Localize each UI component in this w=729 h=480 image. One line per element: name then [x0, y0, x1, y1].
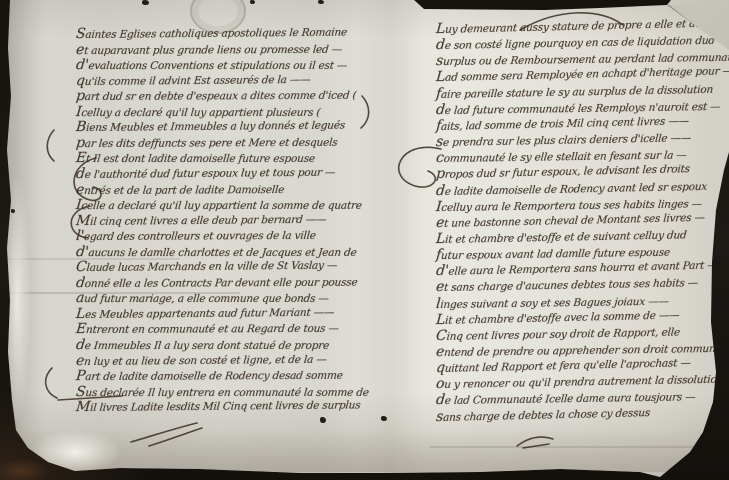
scan-background: Saintes Eglises catholiques apostoliques… [0, 0, 729, 480]
margin-swash-flourish [399, 147, 441, 187]
margin-paren-flourish [46, 368, 57, 398]
margin-swash-flourish [74, 158, 101, 200]
underline-flourish [58, 396, 122, 400]
bottom-left-smudge [0, 458, 50, 480]
margin-swash-flourish [71, 206, 89, 238]
manuscript-sheet: Saintes Eglises catholiques apostoliques… [0, 0, 729, 480]
end-flourish [149, 428, 202, 446]
margin-paren-flourish [47, 130, 54, 161]
ink-flourishes [0, 0, 729, 480]
ink-speck [320, 417, 326, 423]
header-curve-flourish [520, 13, 623, 30]
ink-speck [381, 416, 387, 421]
end-flourish [523, 444, 549, 448]
ink-speck [318, 0, 324, 4]
right-paren-flourish [361, 96, 369, 128]
ink-speck [250, 0, 255, 4]
ink-speck [11, 209, 15, 213]
ink-speck [142, 0, 149, 5]
